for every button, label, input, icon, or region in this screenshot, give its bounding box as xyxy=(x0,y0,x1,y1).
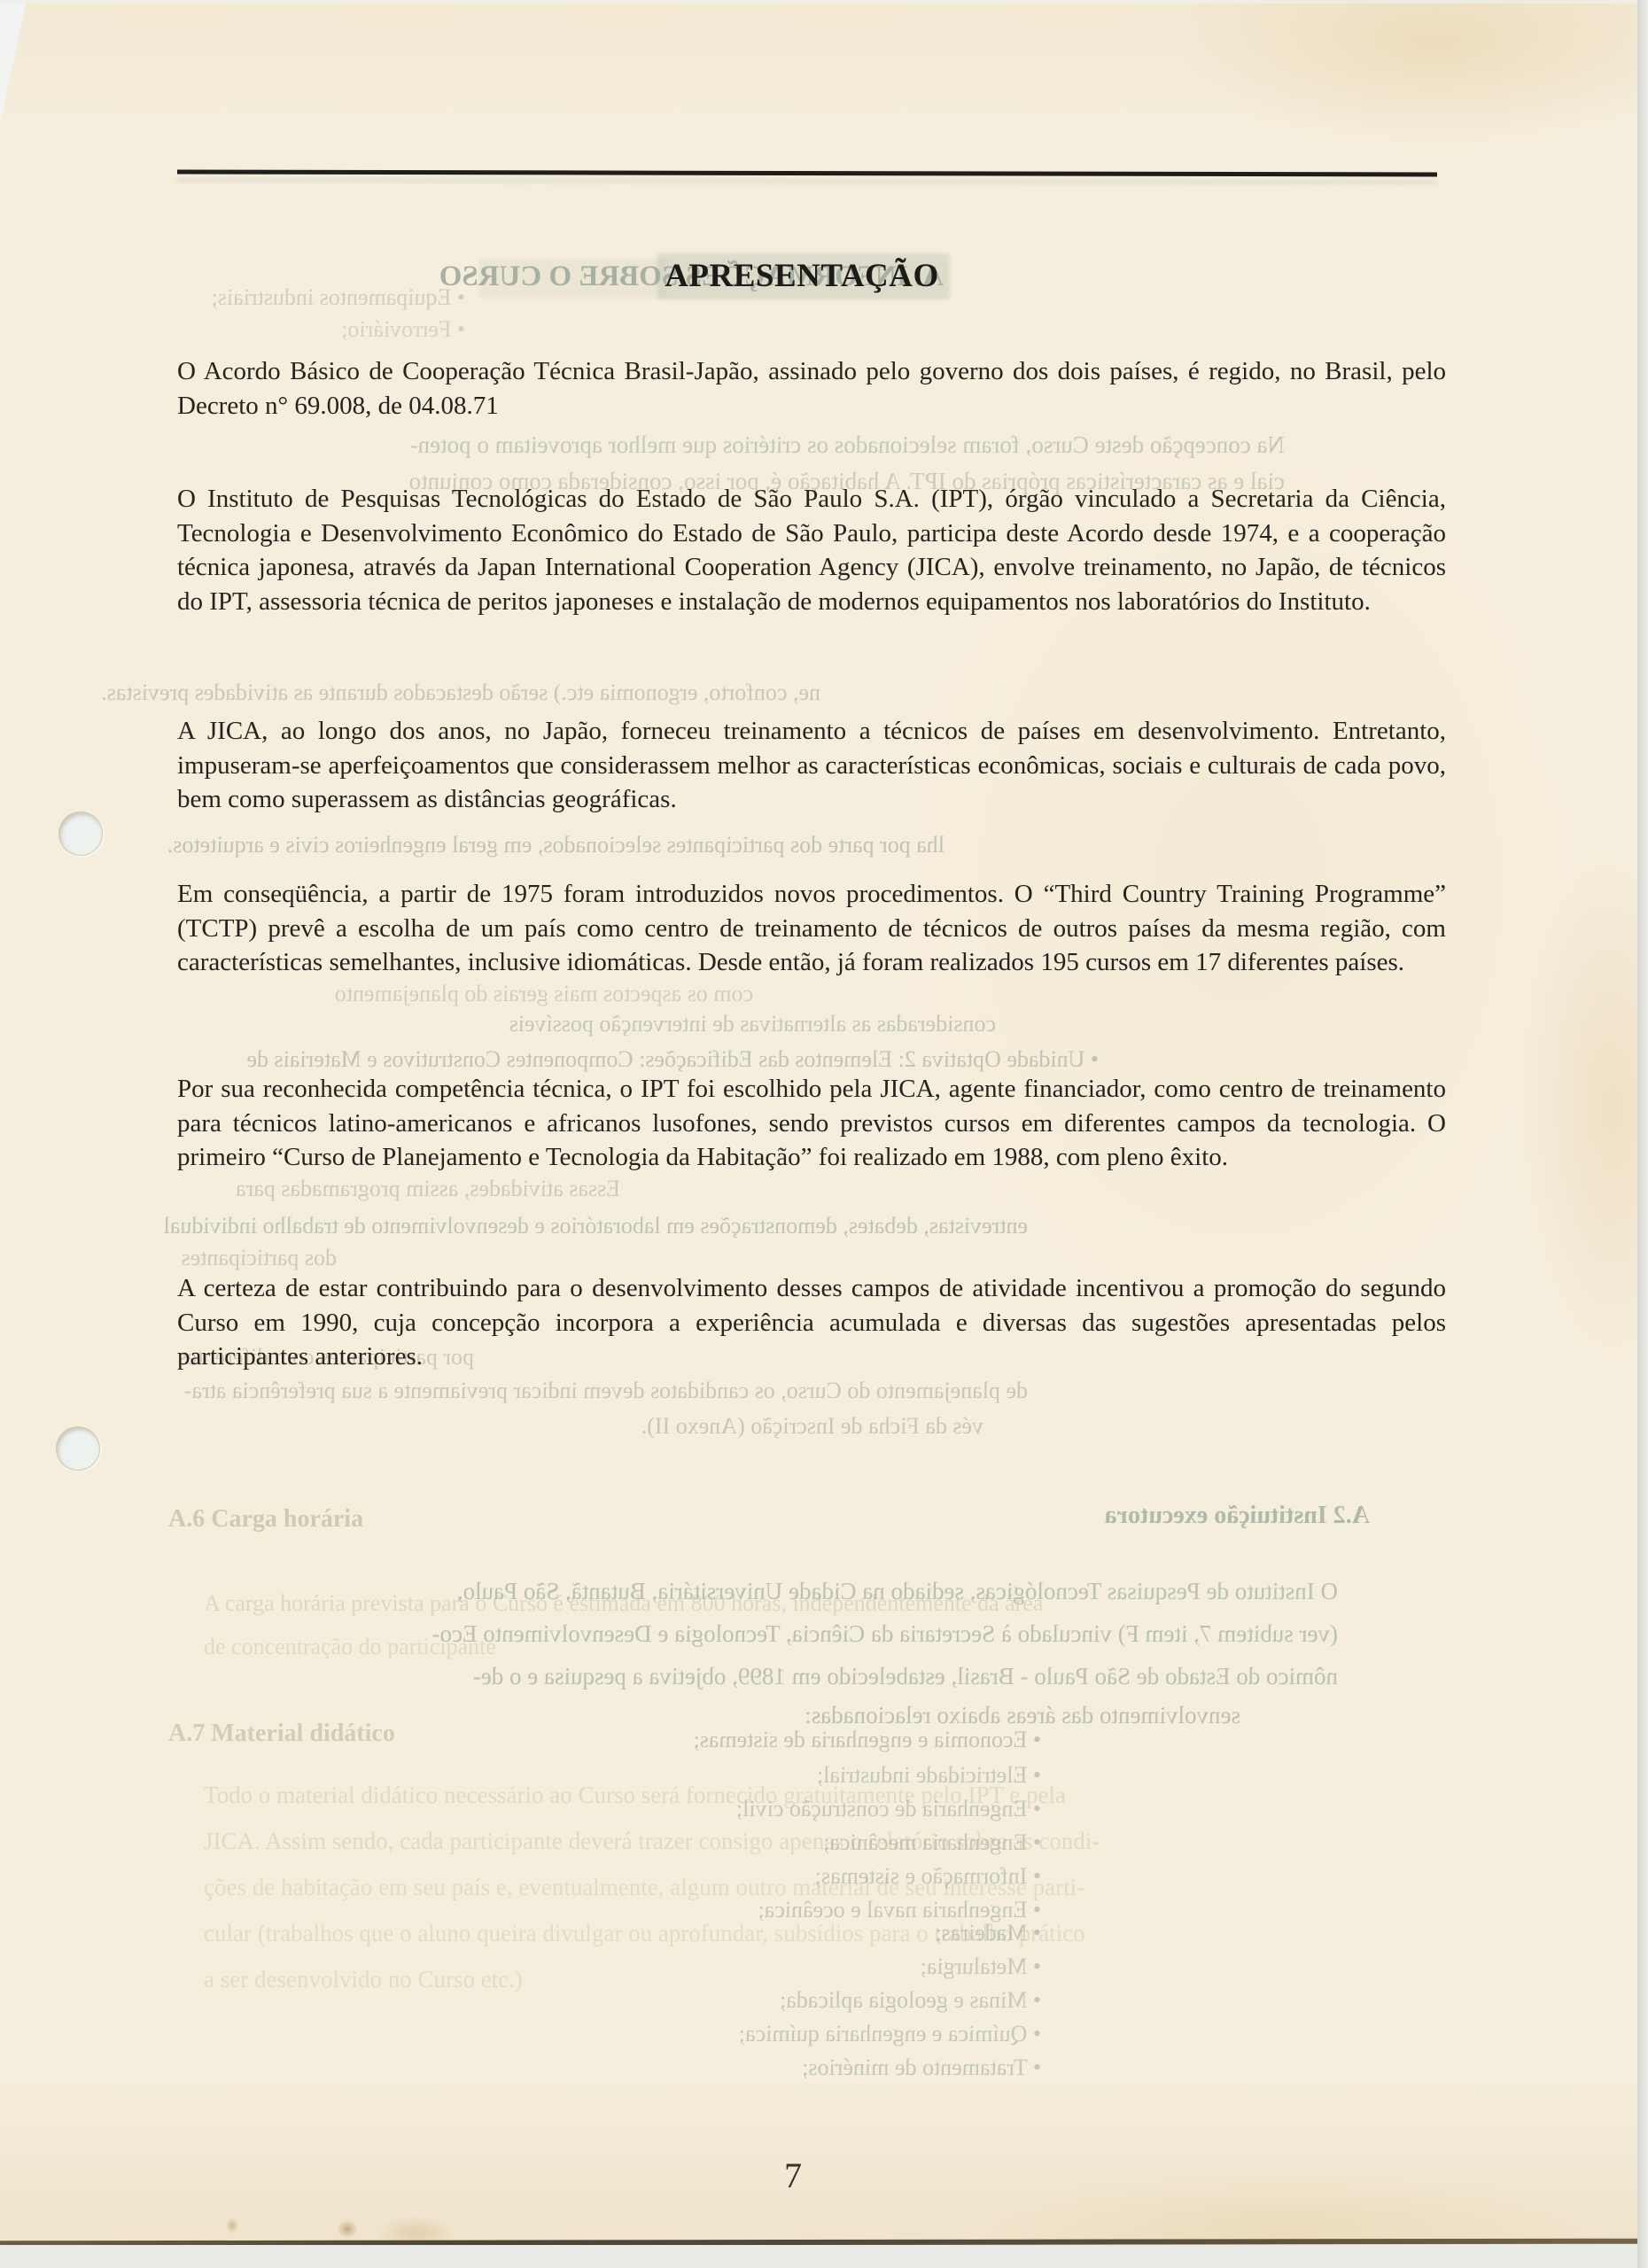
paragraph-2: O Instituto de Pesquisas Tecnológicas do… xyxy=(177,482,1446,618)
ghost-text: • Minas e geologia aplicada; xyxy=(421,1986,1041,2014)
ghost-text: de concentração do participante xyxy=(204,1633,824,1660)
ghost-text: • Engenharia de construção civil; xyxy=(421,1795,1041,1822)
page-number: 7 xyxy=(0,2155,1586,2196)
paragraph-3: A JICA, ao longo dos anos, no Japão, for… xyxy=(177,714,1446,817)
ghost-text: (ver subitem 7, item F) vinculado à Secr… xyxy=(177,1619,1338,1648)
scanned-document-page: A. INFORMAÇÕES SOBRE O CURSO• Equipament… xyxy=(0,0,1648,2268)
ghost-text: • Química e engenharia química; xyxy=(421,2020,1041,2047)
ghost-text: Na concepção deste Curso, foram selecion… xyxy=(177,431,1285,459)
ghost-text: Todo o material didático necessário ao C… xyxy=(204,1781,1409,1809)
ghost-text: A.2 Instituição executora xyxy=(927,1501,1370,1531)
ghost-text: Essas atividades, assim programadas para xyxy=(177,1175,620,1202)
ghost-text: A carga horária prevista para o Curso é … xyxy=(204,1589,1409,1617)
paper-sheet: A. INFORMAÇÕES SOBRE O CURSO• Equipament… xyxy=(0,0,1637,2243)
ghost-text: • Informação e sistemas; xyxy=(421,1862,1041,1890)
ghost-text: A.7 Material didático xyxy=(168,1719,585,1749)
page-title: APRESENTAÇÃO xyxy=(0,257,1604,295)
ghost-text: entrevistas, debates, demonstrações em l… xyxy=(177,1212,1028,1239)
paragraph-5: Por sua reconhecida competência técnica,… xyxy=(177,1072,1446,1175)
header-rule xyxy=(177,170,1437,177)
page-corner-lift xyxy=(0,0,27,124)
scanner-bed-right xyxy=(1637,0,1648,2268)
ghost-text: • Madeiras; xyxy=(421,1919,1041,1946)
ghost-text: • Unidade Optativa 2: Elementos das Edif… xyxy=(177,1045,1099,1073)
ghost-text: • Eletricidade industrial; xyxy=(421,1761,1041,1789)
punch-hole-top xyxy=(58,812,103,856)
ghost-text: lha por parte dos participantes selecion… xyxy=(177,831,944,858)
ghost-text: de planejamento do Curso, os candidatos … xyxy=(177,1377,1028,1404)
ghost-text: nômico do Estado de São Paulo - Brasil, … xyxy=(177,1662,1338,1690)
ghost-text: • Metalurgia; xyxy=(421,1953,1041,1980)
ghost-text: ne, conforto, ergonomia etc.) serão dest… xyxy=(177,679,820,706)
ghost-text: cular (trabalhos que o aluno queira divu… xyxy=(204,1919,1409,1947)
ghost-text: a ser desenvolvido no Curso etc.) xyxy=(204,1965,824,1993)
ghost-text: • Ferroviário; xyxy=(164,315,465,343)
paragraph-1: O Acordo Básico de Cooperação Técnica Br… xyxy=(177,354,1446,423)
ghost-text: senvolvimento das áreas abaixo relaciona… xyxy=(620,1701,1240,1729)
ghost-text: vés da Ficha de Inscrição (Anexo II). xyxy=(487,1412,983,1440)
paragraph-4: Em conseqüência, a partir de 1975 foram … xyxy=(177,877,1446,980)
scan-top-edge xyxy=(0,0,1637,4)
ghost-text: consideradas as alternativas de interven… xyxy=(496,1010,996,1037)
ghost-text: JICA. Assim sendo, cada participante dev… xyxy=(204,1827,1409,1855)
ghost-text: O Instituto de Pesquisas Tecnológicas, s… xyxy=(177,1577,1338,1605)
paragraph-6: A certeza de estar contribuindo para o d… xyxy=(177,1271,1446,1374)
ghost-text: A.6 Carga horária xyxy=(168,1504,549,1534)
ghost-text: • Engenharia naval e oceânica; xyxy=(421,1896,1041,1923)
ghost-text: com os aspectos mais gerais do planejame… xyxy=(177,980,753,1007)
ghost-text: • Economia e engenharia de sistemas; xyxy=(421,1726,1041,1753)
ghost-text: • Tratamento de minérios; xyxy=(421,2054,1041,2081)
ghost-text: ções de habitação em seu país e, eventua… xyxy=(204,1873,1409,1901)
ghost-text: dos participantes xyxy=(177,1244,337,1271)
ghost-text: • Engenharia mecânica; xyxy=(421,1829,1041,1856)
punch-hole-bottom xyxy=(56,1426,100,1471)
scanner-bed-bottom xyxy=(0,2245,1648,2268)
